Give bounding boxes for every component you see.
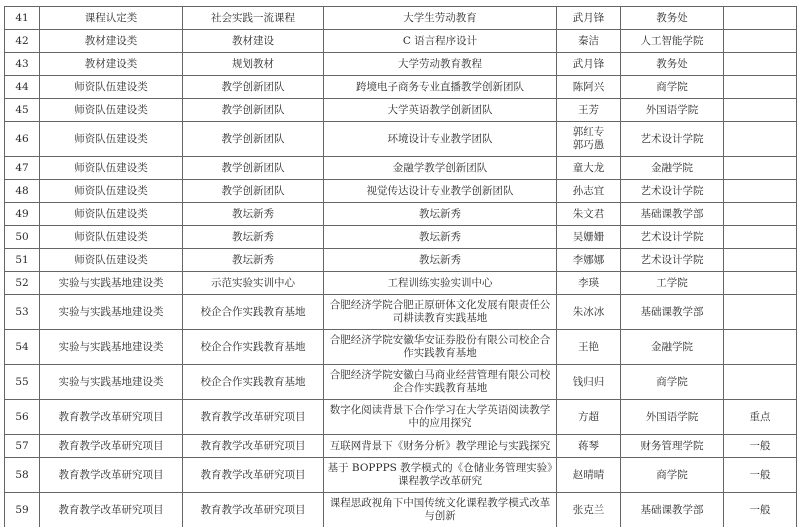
leader-cell: 秦洁	[557, 30, 621, 53]
subcategory-cell: 教育教学改革研究项目	[183, 400, 324, 435]
project-name-cell: 大学生劳动教育	[324, 7, 557, 30]
subcategory-cell: 校企合作实践教育基地	[183, 295, 324, 330]
category-cell: 师资队伍建设类	[40, 249, 183, 272]
row-number-cell: 41	[5, 7, 40, 30]
subcategory-cell: 教学创新团队	[183, 157, 324, 180]
unit-cell: 人工智能学院	[621, 30, 724, 53]
table-row: 46师资队伍建设类教学创新团队环境设计专业教学团队郭红专 郭巧愚艺术设计学院	[5, 122, 797, 157]
leader-cell: 张克兰	[557, 493, 621, 527]
category-cell: 教育教学改革研究项目	[40, 493, 183, 527]
project-name-cell: 大学劳动教育教程	[324, 53, 557, 76]
leader-cell: 朱文君	[557, 203, 621, 226]
leader-cell: 蒋琴	[557, 435, 621, 458]
category-cell: 教育教学改革研究项目	[40, 400, 183, 435]
row-number-cell: 54	[5, 330, 40, 365]
category-cell: 课程认定类	[40, 7, 183, 30]
unit-cell: 艺术设计学院	[621, 122, 724, 157]
subcategory-cell: 教育教学改革研究项目	[183, 493, 324, 527]
table-row: 45师资队伍建设类教学创新团队大学英语教学创新团队王芳外国语学院	[5, 99, 797, 122]
project-name-cell: 金融学教学创新团队	[324, 157, 557, 180]
level-cell	[724, 295, 797, 330]
project-list-table: 41课程认定类社会实践一流课程大学生劳动教育武月锋教务处42教材建设类教材建设C…	[4, 6, 797, 527]
project-name-cell: 教坛新秀	[324, 203, 557, 226]
level-cell	[724, 249, 797, 272]
subcategory-cell: 教学创新团队	[183, 76, 324, 99]
unit-cell: 外国语学院	[621, 99, 724, 122]
category-cell: 师资队伍建设类	[40, 180, 183, 203]
unit-cell: 基础课教学部	[621, 493, 724, 527]
subcategory-cell: 规划教材	[183, 53, 324, 76]
subcategory-cell: 教坛新秀	[183, 203, 324, 226]
table-row: 59教育教学改革研究项目教育教学改革研究项目课程思政视角下中国传统文化课程教学模…	[5, 493, 797, 527]
subcategory-cell: 教育教学改革研究项目	[183, 435, 324, 458]
category-cell: 师资队伍建设类	[40, 157, 183, 180]
unit-cell: 基础课教学部	[621, 203, 724, 226]
row-number-cell: 59	[5, 493, 40, 527]
row-number-cell: 51	[5, 249, 40, 272]
table-row: 49师资队伍建设类教坛新秀教坛新秀朱文君基础课教学部	[5, 203, 797, 226]
level-cell	[724, 180, 797, 203]
row-number-cell: 55	[5, 365, 40, 400]
level-cell	[724, 7, 797, 30]
level-cell: 一般	[724, 493, 797, 527]
table-row: 53实验与实践基地建设类校企合作实践教育基地合肥经济学院合肥正原研体文化发展有限…	[5, 295, 797, 330]
level-cell	[724, 272, 797, 295]
category-cell: 师资队伍建设类	[40, 76, 183, 99]
leader-cell: 赵晴晴	[557, 458, 621, 493]
category-cell: 师资队伍建设类	[40, 226, 183, 249]
unit-cell: 外国语学院	[621, 400, 724, 435]
table-row: 54实验与实践基地建设类校企合作实践教育基地合肥经济学院安徽华安证券股份有限公司…	[5, 330, 797, 365]
subcategory-cell: 示范实验实训中心	[183, 272, 324, 295]
project-name-cell: 合肥经济学院合肥正原研体文化发展有限责任公司耕读教育实践基地	[324, 295, 557, 330]
category-cell: 实验与实践基地建设类	[40, 272, 183, 295]
level-cell	[724, 122, 797, 157]
project-name-cell: 教坛新秀	[324, 226, 557, 249]
project-name-cell: 环境设计专业教学团队	[324, 122, 557, 157]
project-name-cell: 视觉传达设计专业教学创新团队	[324, 180, 557, 203]
leader-cell: 李瑛	[557, 272, 621, 295]
category-cell: 教材建设类	[40, 53, 183, 76]
subcategory-cell: 教学创新团队	[183, 122, 324, 157]
level-cell	[724, 365, 797, 400]
level-cell	[724, 99, 797, 122]
project-name-cell: 大学英语教学创新团队	[324, 99, 557, 122]
row-number-cell: 52	[5, 272, 40, 295]
category-cell: 教育教学改革研究项目	[40, 458, 183, 493]
subcategory-cell: 校企合作实践教育基地	[183, 330, 324, 365]
subcategory-cell: 教学创新团队	[183, 99, 324, 122]
row-number-cell: 44	[5, 76, 40, 99]
project-name-cell: 基于 BOPPPS 教学模式的《仓储业务管理实验》课程教学改革研究	[324, 458, 557, 493]
row-number-cell: 58	[5, 458, 40, 493]
subcategory-cell: 教育教学改革研究项目	[183, 458, 324, 493]
level-cell: 重点	[724, 400, 797, 435]
category-cell: 师资队伍建设类	[40, 122, 183, 157]
unit-cell: 教务处	[621, 7, 724, 30]
subcategory-cell: 教学创新团队	[183, 180, 324, 203]
row-number-cell: 45	[5, 99, 40, 122]
table-row: 43教材建设类规划教材大学劳动教育教程武月锋教务处	[5, 53, 797, 76]
table-row: 55实验与实践基地建设类校企合作实践教育基地合肥经济学院安徽白马商业经营管理有限…	[5, 365, 797, 400]
row-number-cell: 43	[5, 53, 40, 76]
unit-cell: 艺术设计学院	[621, 226, 724, 249]
project-name-cell: C 语言程序设计	[324, 30, 557, 53]
unit-cell: 工学院	[621, 272, 724, 295]
category-cell: 教材建设类	[40, 30, 183, 53]
table-row: 57教育教学改革研究项目教育教学改革研究项目互联网背景下《财务分析》教学理论与实…	[5, 435, 797, 458]
category-cell: 师资队伍建设类	[40, 99, 183, 122]
leader-cell: 武月锋	[557, 7, 621, 30]
project-name-cell: 跨境电子商务专业直播教学创新团队	[324, 76, 557, 99]
project-name-cell: 工程训练实验实训中心	[324, 272, 557, 295]
unit-cell: 艺术设计学院	[621, 180, 724, 203]
category-cell: 师资队伍建设类	[40, 203, 183, 226]
row-number-cell: 56	[5, 400, 40, 435]
table-row: 44师资队伍建设类教学创新团队跨境电子商务专业直播教学创新团队陈阿兴商学院	[5, 76, 797, 99]
leader-cell: 朱冰冰	[557, 295, 621, 330]
category-cell: 实验与实践基地建设类	[40, 295, 183, 330]
unit-cell: 商学院	[621, 76, 724, 99]
leader-cell: 陈阿兴	[557, 76, 621, 99]
category-cell: 教育教学改革研究项目	[40, 435, 183, 458]
unit-cell: 商学院	[621, 458, 724, 493]
leader-cell: 李娜娜	[557, 249, 621, 272]
row-number-cell: 57	[5, 435, 40, 458]
unit-cell: 艺术设计学院	[621, 249, 724, 272]
level-cell	[724, 157, 797, 180]
row-number-cell: 53	[5, 295, 40, 330]
project-name-cell: 教坛新秀	[324, 249, 557, 272]
table-row: 56教育教学改革研究项目教育教学改革研究项目数字化阅读背景下合作学习在大学英语阅…	[5, 400, 797, 435]
level-cell	[724, 203, 797, 226]
project-name-cell: 课程思政视角下中国传统文化课程教学模式改革与创新	[324, 493, 557, 527]
row-number-cell: 47	[5, 157, 40, 180]
level-cell: 一般	[724, 435, 797, 458]
unit-cell: 教务处	[621, 53, 724, 76]
table-body: 41课程认定类社会实践一流课程大学生劳动教育武月锋教务处42教材建设类教材建设C…	[5, 7, 797, 527]
row-number-cell: 48	[5, 180, 40, 203]
table-row: 42教材建设类教材建设C 语言程序设计秦洁人工智能学院	[5, 30, 797, 53]
row-number-cell: 42	[5, 30, 40, 53]
leader-cell: 钱归归	[557, 365, 621, 400]
level-cell	[724, 330, 797, 365]
subcategory-cell: 教坛新秀	[183, 249, 324, 272]
category-cell: 实验与实践基地建设类	[40, 330, 183, 365]
unit-cell: 金融学院	[621, 157, 724, 180]
table-row: 58教育教学改革研究项目教育教学改革研究项目基于 BOPPPS 教学模式的《仓储…	[5, 458, 797, 493]
level-cell	[724, 30, 797, 53]
leader-cell: 童大龙	[557, 157, 621, 180]
subcategory-cell: 校企合作实践教育基地	[183, 365, 324, 400]
table-row: 50师资队伍建设类教坛新秀教坛新秀吴姗姗艺术设计学院	[5, 226, 797, 249]
level-cell	[724, 76, 797, 99]
leader-cell: 郭红专 郭巧愚	[557, 122, 621, 157]
unit-cell: 财务管理学院	[621, 435, 724, 458]
unit-cell: 基础课教学部	[621, 295, 724, 330]
project-name-cell: 数字化阅读背景下合作学习在大学英语阅读教学中的应用探究	[324, 400, 557, 435]
table-row: 41课程认定类社会实践一流课程大学生劳动教育武月锋教务处	[5, 7, 797, 30]
unit-cell: 商学院	[621, 365, 724, 400]
table-row: 47师资队伍建设类教学创新团队金融学教学创新团队童大龙金融学院	[5, 157, 797, 180]
table-row: 48师资队伍建设类教学创新团队视觉传达设计专业教学创新团队孙志宜艺术设计学院	[5, 180, 797, 203]
unit-cell: 金融学院	[621, 330, 724, 365]
leader-cell: 王艳	[557, 330, 621, 365]
leader-cell: 武月锋	[557, 53, 621, 76]
subcategory-cell: 教材建设	[183, 30, 324, 53]
level-cell	[724, 226, 797, 249]
row-number-cell: 50	[5, 226, 40, 249]
project-name-cell: 互联网背景下《财务分析》教学理论与实践探究	[324, 435, 557, 458]
row-number-cell: 46	[5, 122, 40, 157]
subcategory-cell: 教坛新秀	[183, 226, 324, 249]
project-name-cell: 合肥经济学院安徽华安证券股份有限公司校企合作实践教育基地	[324, 330, 557, 365]
leader-cell: 方超	[557, 400, 621, 435]
table-row: 52实验与实践基地建设类示范实验实训中心工程训练实验实训中心李瑛工学院	[5, 272, 797, 295]
leader-cell: 王芳	[557, 99, 621, 122]
level-cell	[724, 53, 797, 76]
project-name-cell: 合肥经济学院安徽白马商业经营管理有限公司校企合作实践教育基地	[324, 365, 557, 400]
category-cell: 实验与实践基地建设类	[40, 365, 183, 400]
subcategory-cell: 社会实践一流课程	[183, 7, 324, 30]
table-row: 51师资队伍建设类教坛新秀教坛新秀李娜娜艺术设计学院	[5, 249, 797, 272]
leader-cell: 吴姗姗	[557, 226, 621, 249]
leader-cell: 孙志宜	[557, 180, 621, 203]
row-number-cell: 49	[5, 203, 40, 226]
level-cell: 一般	[724, 458, 797, 493]
